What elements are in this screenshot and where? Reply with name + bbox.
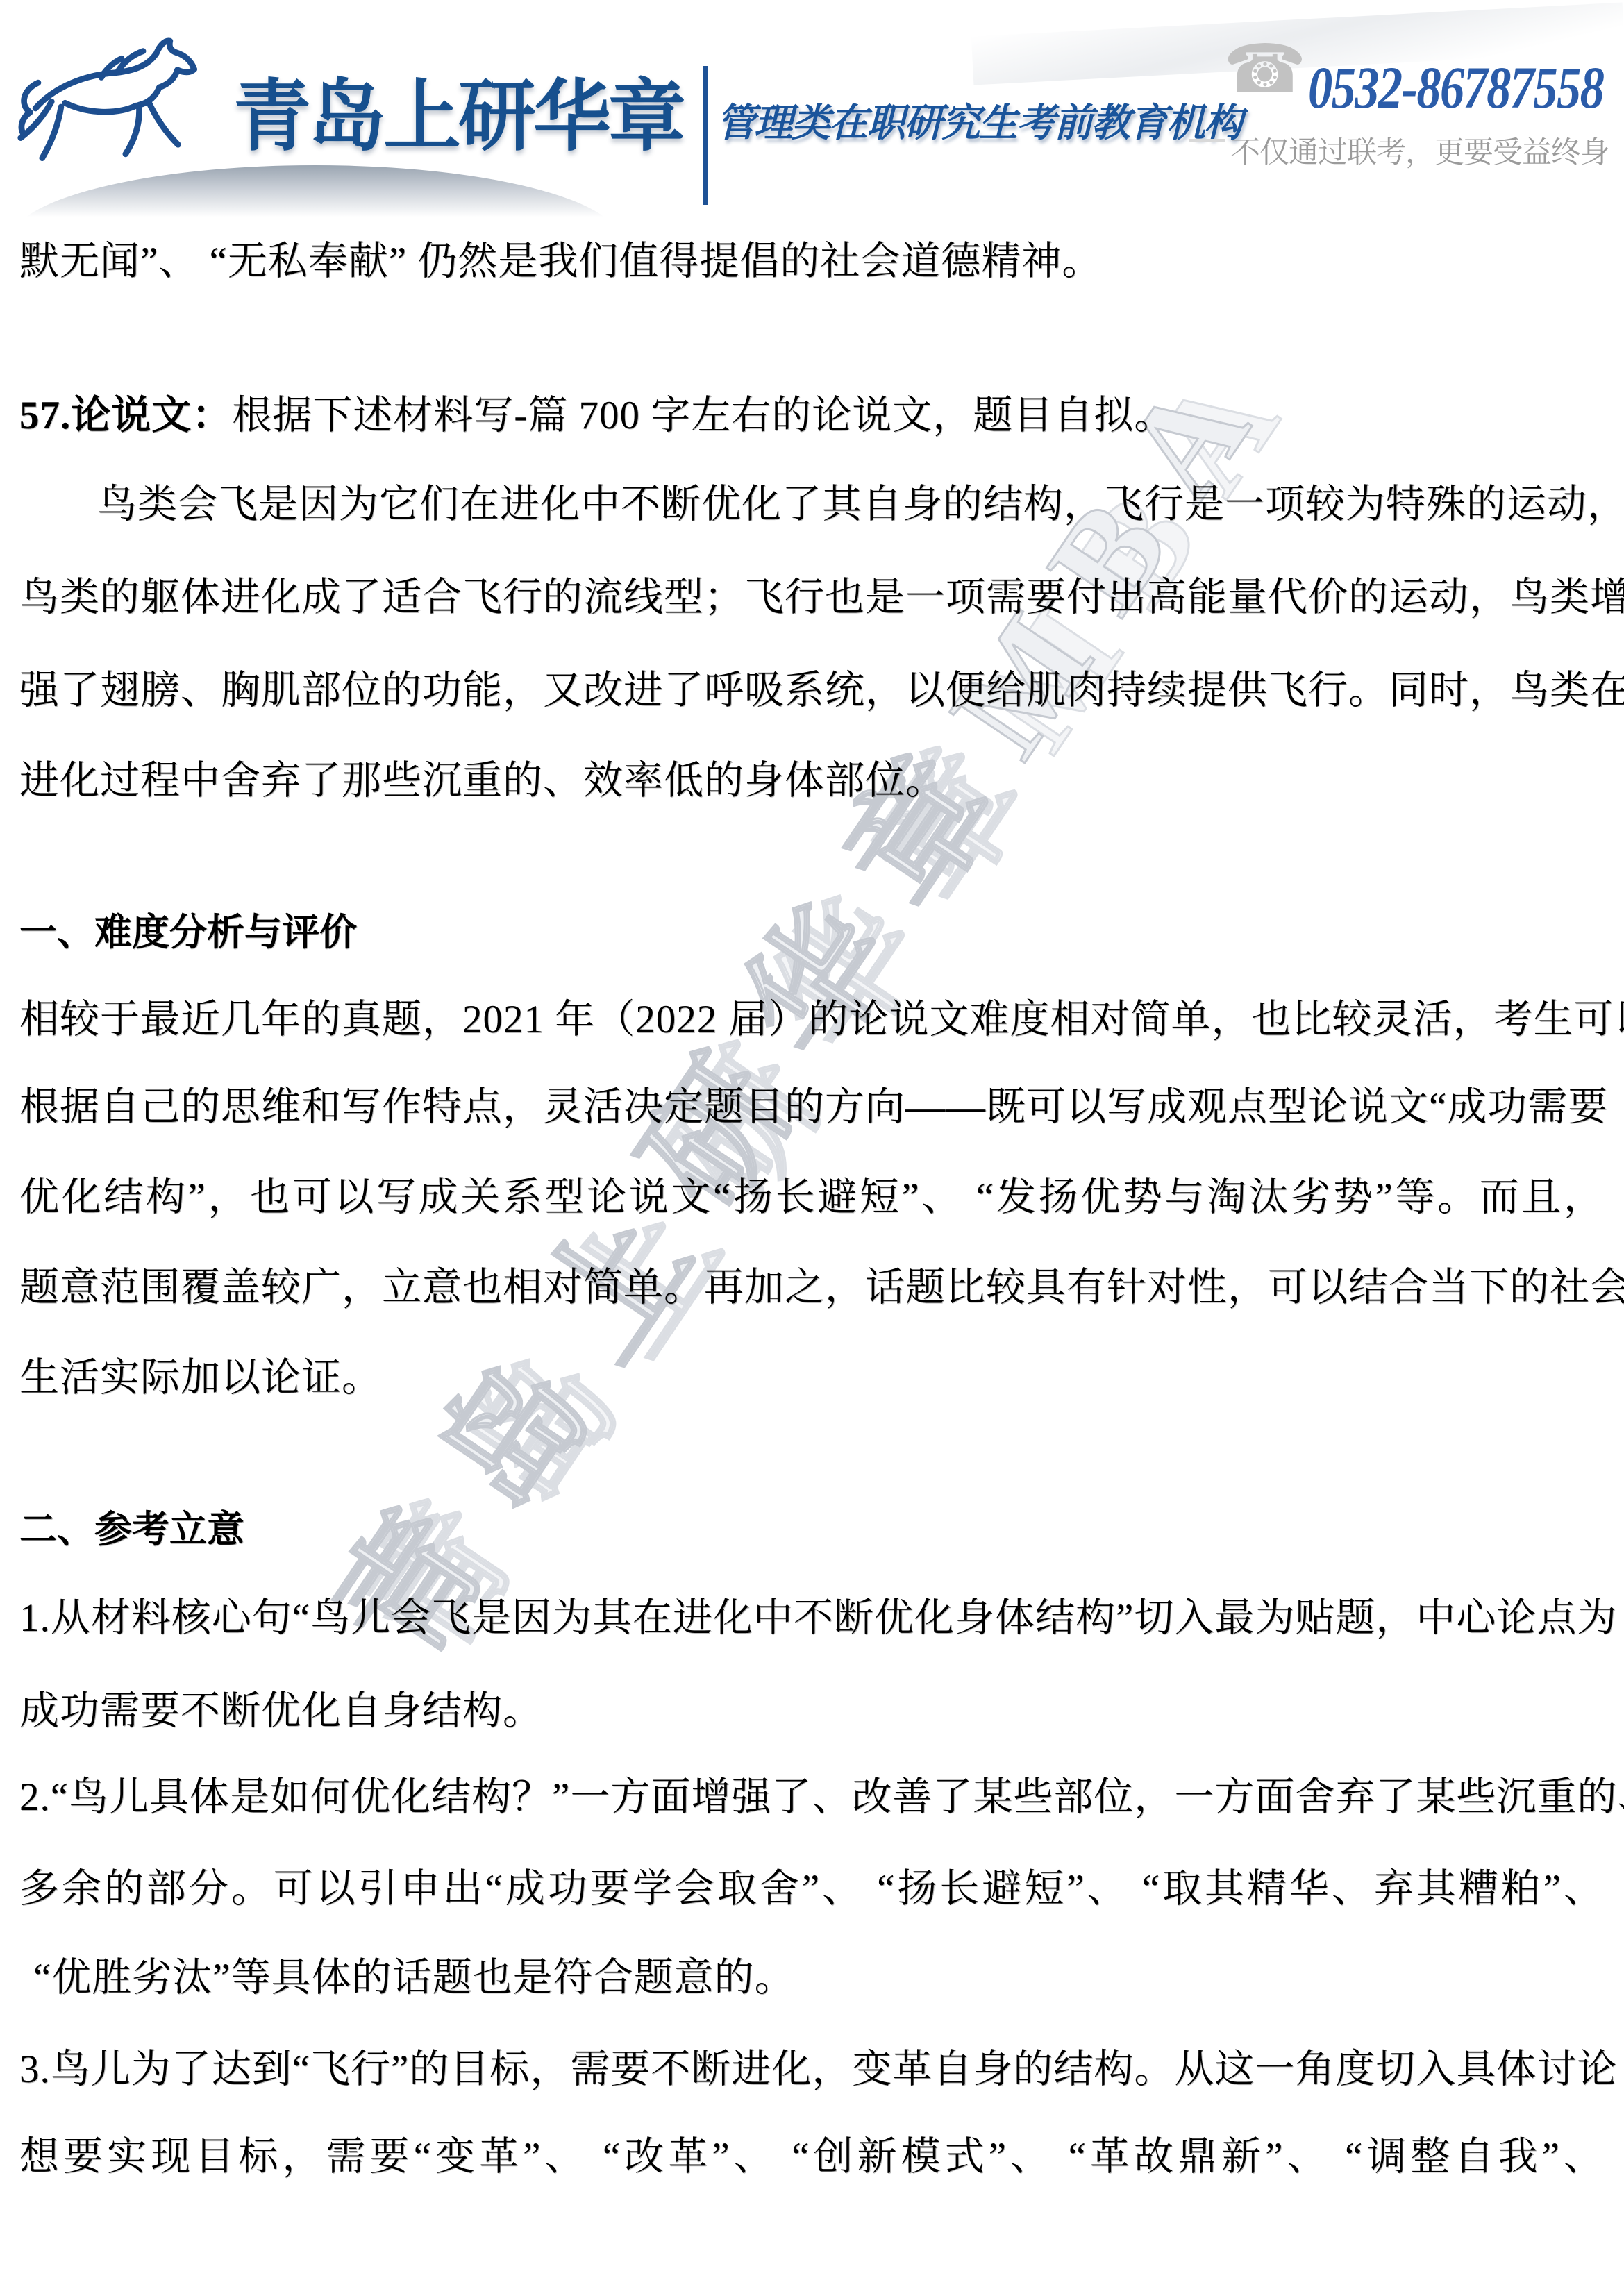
telephone-icon: ☎ [1223, 36, 1307, 103]
reference-line: 想要实现目标，需要“变革”、 “改革”、 “创新模式”、 “革故鼎新”、 “调整… [19, 2134, 1604, 2180]
analysis-line: 优化结构”，也可以写成关系型论说文“扬长避短”、 “发扬优势与淘汰劣势”等。而且… [19, 1175, 1604, 1221]
slogan-dash [1189, 139, 1225, 142]
analysis-line: 根据自己的思维和写作特点，灵活决定题目的方向——既可以写成观点型论说文“成功需要 [19, 1084, 1604, 1130]
reference-line: 3.鸟儿为了达到“飞行”的目标，需要不断进化，变革自身的结构。从这一角度切入具体… [19, 2047, 1604, 2093]
reference-line: 成功需要不断优化自身结构。 [19, 1689, 1604, 1734]
brand-subtitle: 管理类在职研究生考前教育机构 [717, 92, 1241, 148]
material-line: 鸟类会飞是因为它们在进化中不断优化了其自身的结构，飞行是一项较为特殊的运动， [19, 482, 1604, 528]
section-heading-analysis: 一、难度分析与评价 [19, 911, 1604, 954]
running-horse-logo-icon [15, 28, 231, 187]
reference-line: 多余的部分。可以引申出“成功要学会取舍”、 “扬长避短”、 “取其精华、弃其糟粕… [19, 1866, 1604, 1912]
document-page: 青岛上研华章MBA 青岛上研华章MBA 青岛上研华章 管理类在职研究生考前教育机… [0, 0, 1624, 2296]
phone-number: 0532-86787558 [1308, 53, 1603, 122]
material-line: 进化过程中舍弃了那些沉重的、效率低的身体部位。 [19, 758, 1604, 804]
header-divider [703, 66, 708, 205]
horse-belly-path [65, 103, 137, 112]
analysis-line: 题意范围覆盖较广，立意也相对简单。再加之，话题比较具有针对性，可以结合当下的社会 [19, 1265, 1604, 1311]
header-slogan: 不仅通过联考，更要受益终身 [1230, 129, 1609, 171]
analysis-line: 相较于最近几年的真题，2021 年（2022 届）的论说文难度相对简单，也比较灵… [19, 997, 1604, 1043]
question-57-label: 57.论说文： [19, 394, 232, 437]
brand-title: 青岛上研华章 [233, 54, 683, 166]
reference-line: 1.从材料核心句“鸟儿会飞是因为其在进化中不断优化身体结构”切入最为贴题，中心论… [19, 1595, 1604, 1641]
reference-line: “优胜劣汰”等具体的话题也是符合题意的。 [33, 1955, 1618, 2001]
reference-line: 2.“鸟儿具体是如何优化结构？”一方面增强了、改善了某些部位，一方面舍弃了某些沉… [19, 1775, 1604, 1820]
section-heading-reference: 二、参考立意 [19, 1508, 1604, 1551]
horse-body-path [35, 41, 194, 108]
analysis-line: 生活实际加以论证。 [19, 1355, 1604, 1401]
material-line: 鸟类的躯体进化成了适合飞行的流线型；飞行也是一项需要付出高能量代价的运动，鸟类增 [19, 575, 1604, 621]
question-57-line: 57.论说文：根据下述材料写-篇 700 字左右的论说文，题目自拟。 [19, 393, 1604, 439]
intro-line: 默无闻”、 “无私奉献” 仍然是我们值得提倡的社会道德精神。 [19, 239, 1604, 285]
material-line: 强了翅膀、胸肌部位的功能，又改进了呼吸系统，以便给肌肉持续提供飞行。同时，鸟类在 [19, 668, 1604, 714]
question-57-text: 根据下述材料写-篇 700 字左右的论说文，题目自拟。 [232, 394, 1174, 437]
